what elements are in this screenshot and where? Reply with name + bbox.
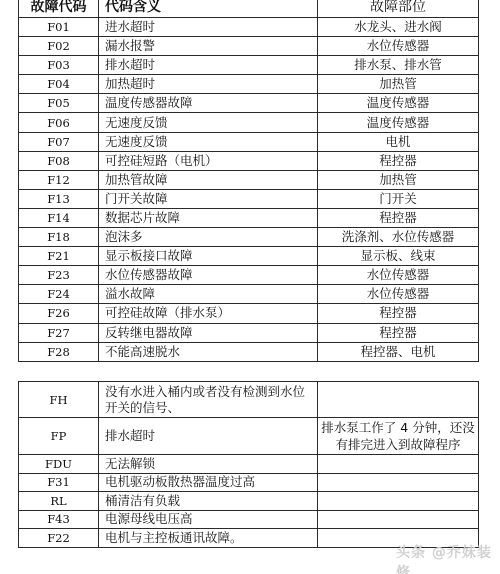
table-header-row: 故障代码 代码含义 故障部位 — [19, 0, 479, 18]
fault-location — [318, 382, 479, 418]
table-row: F12加热管故障加热管 — [19, 170, 479, 189]
fault-meaning: 可控硅短路（电机） — [99, 151, 318, 170]
fault-meaning: 水位传感器故障 — [99, 266, 318, 285]
fault-code: F08 — [19, 151, 99, 170]
fault-code: F43 — [19, 510, 99, 529]
fault-location: 温度传感器 — [318, 94, 479, 113]
fault-meaning: 进水超时 — [99, 18, 318, 37]
fault-code: F23 — [19, 266, 99, 285]
table-row: FP排水超时排水泵工作了 4 分钟，还没有排完进入到故障程序 — [19, 418, 479, 455]
fault-meaning: 电机与主控板通讯故障。 — [99, 529, 318, 548]
table-row: F23水位传感器故障水位传感器 — [19, 266, 479, 285]
fault-meaning: 可控硅故障（排水泵） — [99, 304, 318, 323]
fault-meaning: 门开关故障 — [99, 189, 318, 208]
fault-meaning: 无速度反馈 — [99, 132, 318, 151]
fault-code: F05 — [19, 94, 99, 113]
header-code-meaning: 代码含义 — [99, 0, 318, 18]
fault-code: F28 — [19, 342, 99, 361]
table-row: F43电源母线电压高 — [19, 510, 479, 529]
fault-code: F12 — [19, 170, 99, 189]
fault-meaning: 不能高速脱水 — [99, 342, 318, 361]
table-row: F14数据芯片故障程控器 — [19, 208, 479, 227]
fault-meaning: 显示板接口故障 — [99, 247, 318, 266]
fault-location: 排水泵、排水管 — [318, 56, 479, 75]
table-row: F28不能高速脱水程控器、电机 — [19, 342, 479, 361]
table-row: F03排水超时排水泵、排水管 — [19, 56, 479, 75]
fault-location: 水龙头、进水阀 — [318, 18, 479, 37]
fault-location: 电机 — [318, 132, 479, 151]
fault-code: F26 — [19, 304, 99, 323]
fault-meaning: 电源母线电压高 — [99, 510, 318, 529]
fault-meaning: 数据芯片故障 — [99, 208, 318, 227]
table-row: F27反转继电器故障程控器 — [19, 323, 479, 342]
table-row: F24溢水故障水位传感器 — [19, 285, 479, 304]
fault-code: F13 — [19, 189, 99, 208]
fault-location — [318, 455, 479, 474]
fault-meaning: 加热超时 — [99, 75, 318, 94]
fault-meaning: 排水超时 — [99, 418, 318, 455]
table-row: F02漏水报警水位传感器 — [19, 37, 479, 56]
table-row: F13门开关故障门开关 — [19, 189, 479, 208]
fault-code: F03 — [19, 56, 99, 75]
fault-code: F02 — [19, 37, 99, 56]
fault-location: 水位传感器 — [318, 37, 479, 56]
fault-meaning: 泡沫多 — [99, 228, 318, 247]
fault-meaning: 桶清洁有负载 — [99, 492, 318, 511]
fault-meaning: 无速度反馈 — [99, 113, 318, 132]
fault-code: F21 — [19, 247, 99, 266]
watermark: 头条 @乔妹装修 — [396, 542, 500, 574]
table-row: RL桶清洁有负载 — [19, 492, 479, 511]
fault-code: F22 — [19, 529, 99, 548]
fault-meaning: 漏水报警 — [99, 37, 318, 56]
fault-location: 门开关 — [318, 189, 479, 208]
fault-meaning: 反转继电器故障 — [99, 323, 318, 342]
fault-location: 程控器 — [318, 323, 479, 342]
fault-location: 程控器、电机 — [318, 342, 479, 361]
fault-location: 水位传感器 — [318, 285, 479, 304]
fault-meaning: 加热管故障 — [99, 170, 318, 189]
fault-code: FP — [19, 418, 99, 455]
header-fault-code: 故障代码 — [19, 0, 99, 18]
fault-code-table: 故障代码 代码含义 故障部位 F01进水超时水龙头、进水阀 F02漏水报警水位传… — [18, 0, 479, 362]
fault-location: 程控器 — [318, 304, 479, 323]
fault-meaning: 无法解锁 — [99, 455, 318, 474]
fault-code: F04 — [19, 75, 99, 94]
fault-location: 显示板、线束 — [318, 247, 479, 266]
table-row: F06无速度反馈温度传感器 — [19, 113, 479, 132]
fault-code: F27 — [19, 323, 99, 342]
fault-code: F07 — [19, 132, 99, 151]
table-row: F18泡沫多洗涤剂、水位传感器 — [19, 228, 479, 247]
fault-location — [318, 492, 479, 511]
fault-meaning: 溢水故障 — [99, 285, 318, 304]
table-row: F07无速度反馈电机 — [19, 132, 479, 151]
fault-location: 温度传感器 — [318, 113, 479, 132]
fault-location: 加热管 — [318, 170, 479, 189]
table-row: F05温度传感器故障温度传感器 — [19, 94, 479, 113]
header-fault-location: 故障部位 — [318, 0, 479, 18]
table-row: F31电机驱动板散热器温度过高 — [19, 473, 479, 492]
table-row: FDU无法解锁 — [19, 455, 479, 474]
fault-location — [318, 473, 479, 492]
fault-code: RL — [19, 492, 99, 511]
fault-code: F14 — [19, 208, 99, 227]
fault-meaning: 没有水进入桶内或者没有检测到水位开关的信号、 — [99, 382, 318, 418]
fault-location: 程控器 — [318, 208, 479, 227]
table-row: FH没有水进入桶内或者没有检测到水位开关的信号、 — [19, 382, 479, 418]
fault-location: 排水泵工作了 4 分钟，还没有排完进入到故障程序 — [318, 418, 479, 455]
fault-location: 洗涤剂、水位传感器 — [318, 228, 479, 247]
fault-location: 水位传感器 — [318, 266, 479, 285]
fault-location: 加热管 — [318, 75, 479, 94]
fault-code: F06 — [19, 113, 99, 132]
table-row: F26可控硅故障（排水泵）程控器 — [19, 304, 479, 323]
table-row: F01进水超时水龙头、进水阀 — [19, 18, 479, 37]
fault-meaning: 电机驱动板散热器温度过高 — [99, 473, 318, 492]
additional-fault-code-table: FH没有水进入桶内或者没有检测到水位开关的信号、 FP排水超时排水泵工作了 4 … — [18, 381, 479, 548]
fault-meaning: 温度传感器故障 — [99, 94, 318, 113]
table-row: F21显示板接口故障显示板、线束 — [19, 247, 479, 266]
fault-code: FH — [19, 382, 99, 418]
fault-code: F24 — [19, 285, 99, 304]
fault-code: F18 — [19, 228, 99, 247]
table-row: F04加热超时加热管 — [19, 75, 479, 94]
fault-code: F31 — [19, 473, 99, 492]
fault-location: 程控器 — [318, 151, 479, 170]
table-row: F08可控硅短路（电机）程控器 — [19, 151, 479, 170]
fault-code: F01 — [19, 18, 99, 37]
fault-location — [318, 510, 479, 529]
fault-code: FDU — [19, 455, 99, 474]
fault-meaning: 排水超时 — [99, 56, 318, 75]
